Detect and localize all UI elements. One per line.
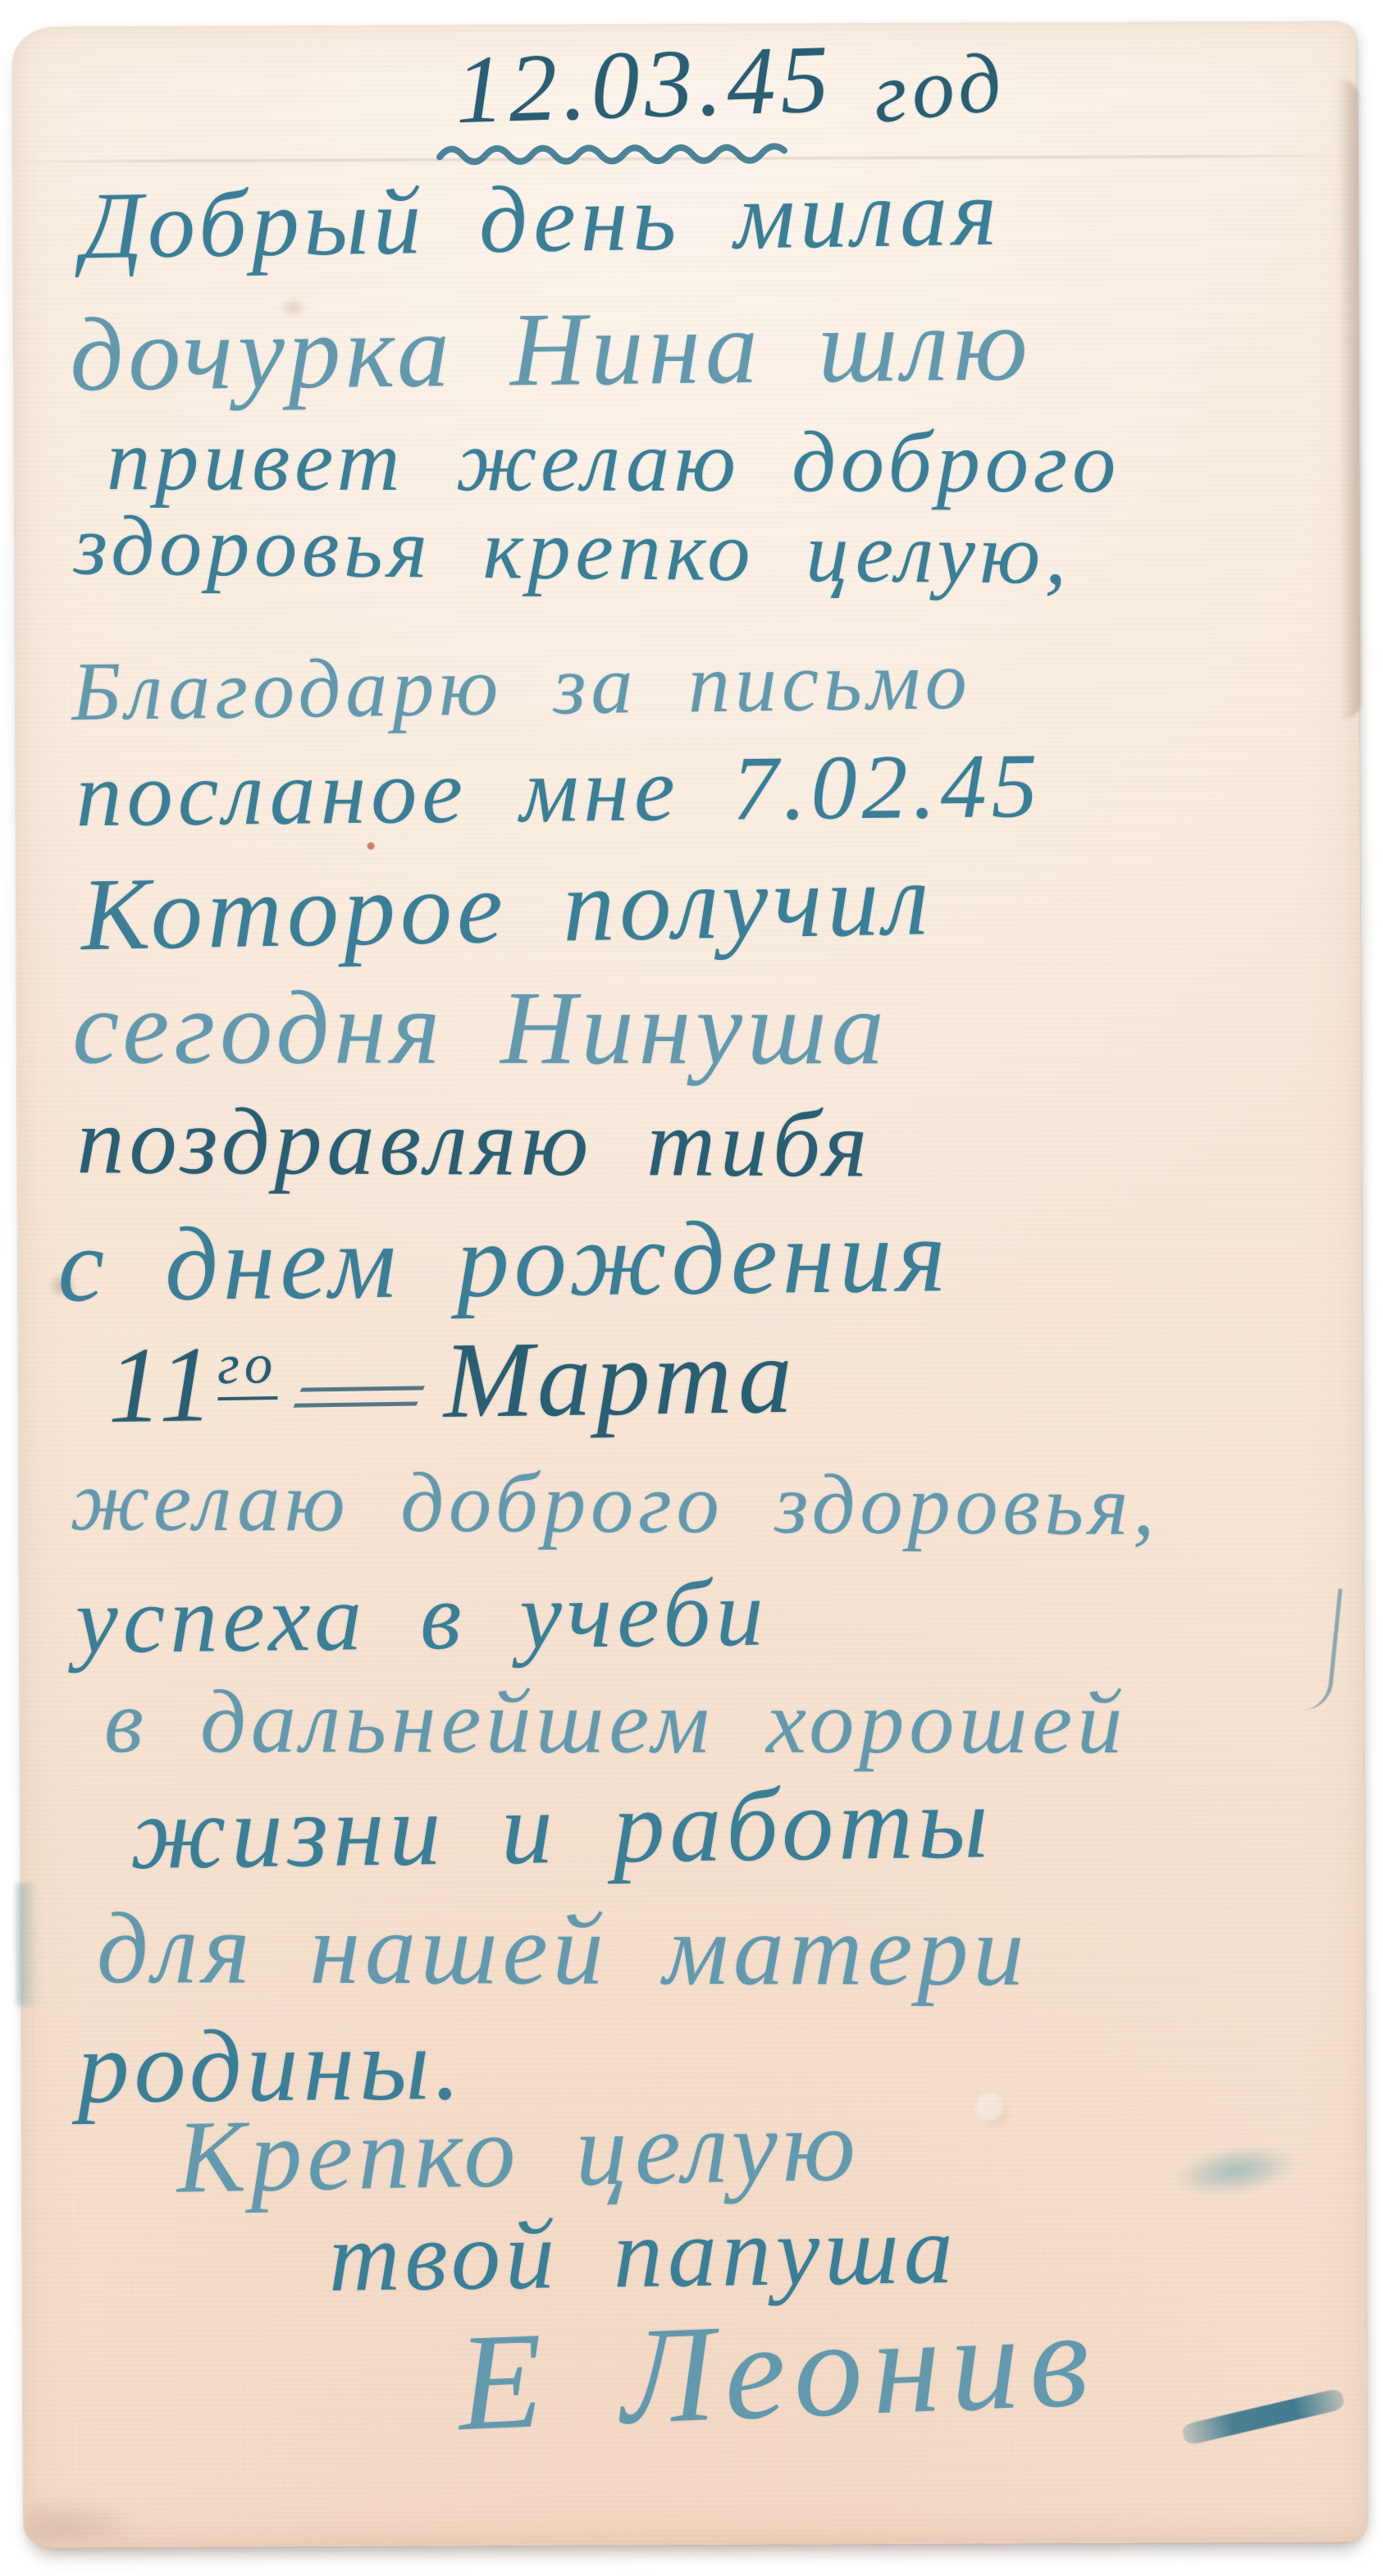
date-suffix: год — [870, 39, 1010, 137]
letter-line-10: с днем рождения — [57, 1203, 952, 1318]
letter-line-8: сегодня Нинуша — [72, 975, 888, 1080]
paper-stain-red-dot — [367, 843, 375, 850]
birthday-day: 11 — [107, 1323, 218, 1446]
paper-edge-wear-right — [1337, 79, 1361, 719]
letter-line-13: успеха в учеби — [75, 1566, 769, 1669]
letter-line-4: здоровья крепко целую, — [74, 503, 1072, 598]
letter-line-3: привет желаю доброго — [107, 417, 1121, 506]
letter-line-1: Добрый день милая — [81, 166, 1002, 275]
letter-line-5: Благодарю за письмо — [71, 639, 973, 734]
ink-pen-tail-stroke — [1299, 1586, 1342, 1713]
ink-smudge — [1143, 2125, 1328, 2217]
birthday-ordinal: го — [217, 1332, 277, 1400]
signature-ink-dash — [1181, 2387, 1346, 2446]
scan-background: { "letter": { "type": "handwritten-lette… — [0, 0, 1383, 2576]
letter-line-7: Которое получил — [80, 848, 935, 967]
letter-line-14: в дальнейшем хорошей — [104, 1676, 1127, 1767]
letter-line-9: поздравляю тибя — [76, 1094, 872, 1192]
letter-line-16: для нашей матери — [97, 1898, 1029, 2002]
letter-paper: 12.03.45год Добрый день милая дочурка Ни… — [12, 21, 1367, 2547]
date-line: 12.03.45год — [454, 25, 1006, 139]
letter-line-2: дочурка Нина шлю — [70, 291, 1033, 407]
letter-line-6: посланое мне 7.02.45 — [75, 740, 1043, 841]
date-value: 12.03.45 — [454, 25, 835, 144]
letter-line-15: жизни и работы — [130, 1771, 993, 1886]
paper-edge-wear-bottom-left — [26, 2467, 207, 2542]
closing-line-1: Крепко целую — [176, 2094, 860, 2209]
birthday-month: Марта — [442, 1315, 797, 1441]
birthday-double-dash — [294, 1386, 425, 1407]
letter-line-12: желаю доброго здоровья, — [70, 1459, 1159, 1549]
signature: Е Леонив — [455, 2290, 1101, 2453]
letter-line-11-birthday: 11гоМарта — [107, 1322, 797, 1440]
ink-streak-left-edge — [16, 1883, 39, 2006]
